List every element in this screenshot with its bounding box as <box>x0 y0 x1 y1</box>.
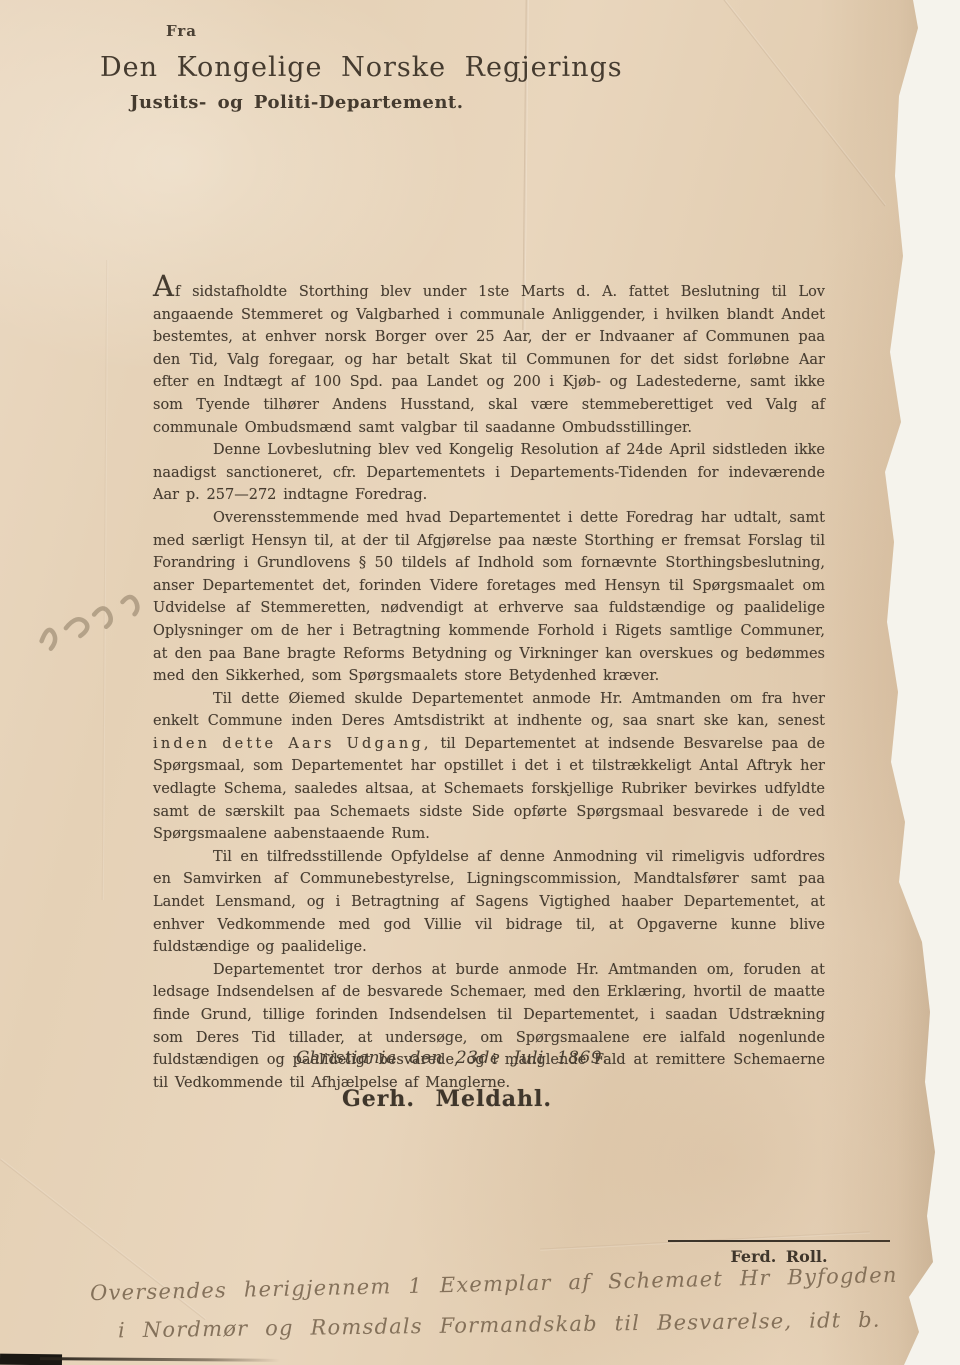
letterhead: Fra Den Kongelige Norske Regjerings Just… <box>100 22 623 113</box>
initial-capital: A <box>153 269 175 303</box>
signature: Gerh. Meldahl. <box>0 1086 894 1112</box>
corner-crease <box>700 0 886 206</box>
handwritten-note-line-1: Oversendes herigjennem 1 Exemplar af Sch… <box>90 1263 898 1305</box>
paragraph-2: Denne Lovbeslutning blev ved Kongelig Re… <box>153 439 825 507</box>
handwritten-note-line-2: i Nordmør og Romsdals Formandskab til Be… <box>118 1308 881 1343</box>
paragraph-4: Til dette Øiemed skulde Departementet an… <box>153 688 825 846</box>
department-subtitle: Justits- og Politi-Departement. <box>130 92 623 113</box>
department-title: Den Kongelige Norske Regjerings <box>100 52 623 83</box>
countersignature: Ferd. Roll. <box>668 1240 890 1266</box>
paragraph-4-text: Til dette Øiemed skulde Departementet an… <box>153 691 825 730</box>
fold-crease <box>102 260 108 900</box>
from-label: Fra <box>166 22 623 40</box>
paragraph-1: Af sidstafholdte Storthing blev under 1s… <box>153 281 825 439</box>
paper-sheet: Fra Den Kongelige Norske Regjerings Just… <box>0 0 960 1365</box>
emphasized-phrase: inden dette Aars Udgang, <box>153 736 432 752</box>
dateline: Christiania den 23de Juli 1869. <box>0 1048 904 1068</box>
paragraph-6: Departementet tror derhos at burde anmod… <box>153 959 825 1095</box>
letter-body: Af sidstafholdte Storthing blev under 1s… <box>153 281 825 1094</box>
paragraph-1-text: f sidstafholdte Storthing blev under 1st… <box>153 284 825 436</box>
pencil-scribble <box>29 580 167 660</box>
paragraph-5: Til en tilfredsstillende Opfyldelse af d… <box>153 846 825 959</box>
paragraph-3: Overensstemmende med hvad Departementet … <box>153 507 825 688</box>
scanned-letter: Fra Den Kongelige Norske Regjerings Just… <box>0 0 960 1365</box>
